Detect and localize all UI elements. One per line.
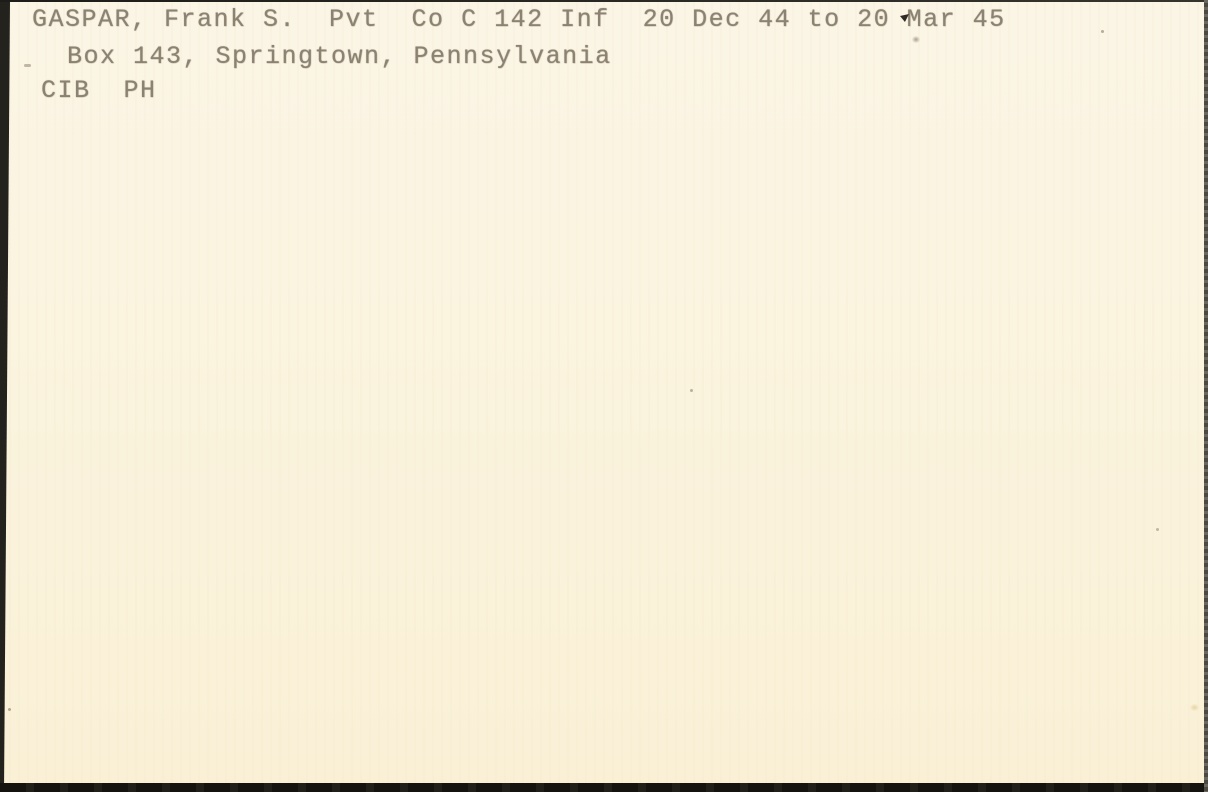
paper-smudge: [912, 36, 920, 43]
card-line-awards: CIB PH: [41, 77, 157, 105]
scan-edge-top: [0, 0, 1208, 2]
card-line-address: Box 143, Springtown, Pennsylvania: [67, 43, 612, 71]
index-card-paper: GASPAR, Frank S. Pvt Co C 142 Inf 20 Dec…: [0, 0, 1208, 792]
scanned-index-card: GASPAR, Frank S. Pvt Co C 142 Inf 20 Dec…: [0, 0, 1208, 792]
paper-speck: [24, 64, 31, 67]
paper-speck: [1156, 528, 1159, 531]
scan-edge-right: [1204, 0, 1208, 792]
paper-stain: [1190, 704, 1199, 711]
paper-speck: [8, 708, 11, 711]
card-line-name-rank-unit-dates: GASPAR, Frank S. Pvt Co C 142 Inf 20 Dec…: [32, 6, 1006, 34]
scan-edge-bottom: [0, 783, 1208, 792]
paper-speck: [690, 389, 693, 392]
paper-speck: [1101, 30, 1104, 33]
